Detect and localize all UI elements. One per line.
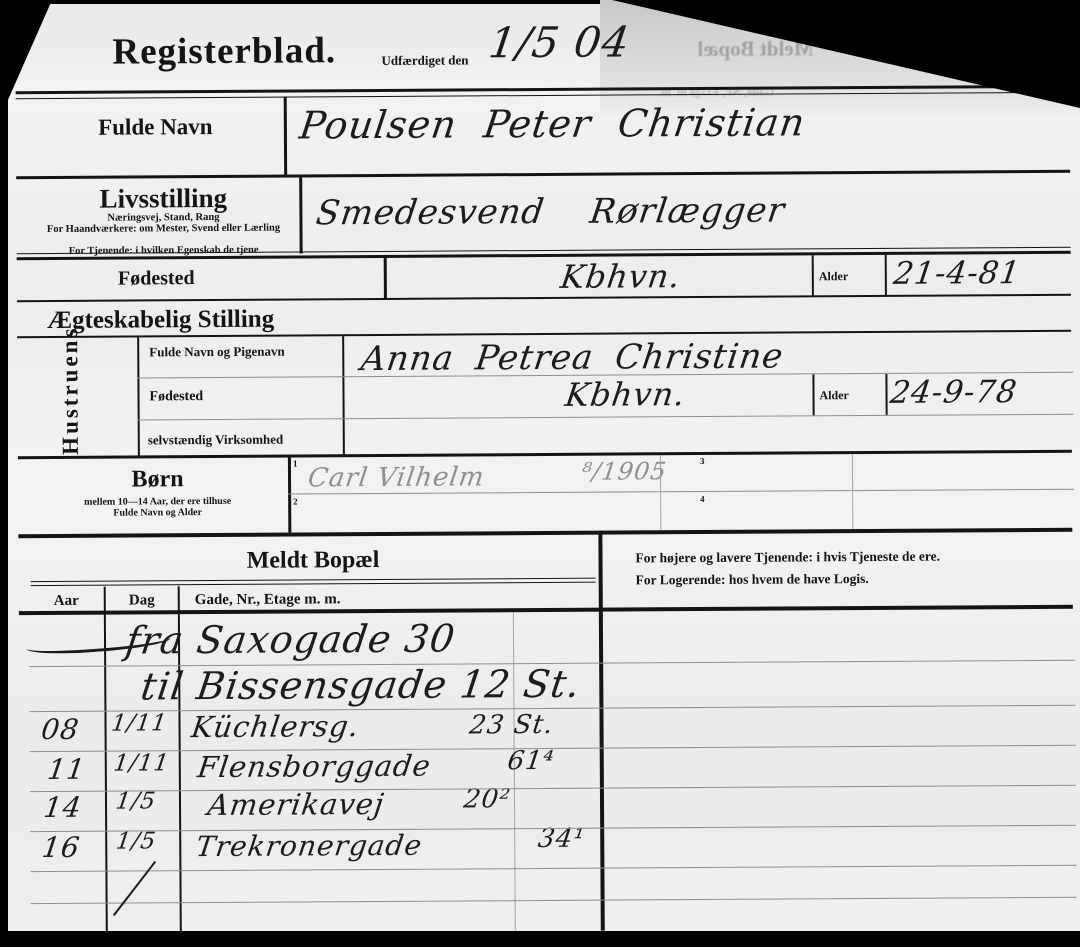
rule [16, 170, 1070, 179]
children-sub2: Fulde Navn og Alder [30, 507, 285, 520]
rule [31, 897, 1077, 904]
occupation-value: Smedesvend Rørlægger [314, 190, 788, 233]
children-marker-4: 4 [700, 494, 705, 504]
birthplace-label: Fødested [29, 267, 284, 292]
residence-section-title: Meldt Bopæl [30, 546, 595, 576]
photo-edge-black-bottom [0, 931, 1080, 947]
pen-stroke [113, 861, 156, 916]
address-row-6-street: Trekronergade [194, 829, 424, 863]
address-row-6-day: 1/5 [114, 828, 158, 854]
child-name: Carl Vilhelm [306, 462, 486, 493]
wife-age-label: Alder [819, 388, 848, 403]
rule [812, 255, 814, 296]
age-value: 21-4-81 [891, 255, 1022, 292]
rule [598, 531, 604, 931]
column-header-day: Dag [107, 592, 177, 609]
wife-age-value: 24-9-78 [888, 374, 1019, 411]
wife-name-label: Fulde Navn og Pigenavn [149, 343, 299, 359]
rule [885, 255, 887, 296]
column-header-street: Gade, Nr., Etage m. m. [195, 591, 341, 609]
rule [30, 785, 1076, 792]
address-row-5-year: 14 [42, 791, 84, 824]
address-row-6-year: 16 [40, 831, 82, 864]
children-marker-3: 3 [700, 456, 705, 466]
address-row-5-day: 1/5 [114, 788, 158, 814]
wife-birthplace-value: Kbhvn. [563, 375, 688, 414]
card-content: Registerblad. Udfærdiget den 1/5 04 Meld… [0, 0, 1080, 947]
children-marker-2: 2 [293, 496, 298, 506]
full-name-label: Fulde Navn [28, 114, 283, 142]
rule [812, 374, 814, 415]
occupation-sub2: For Haandværkere: om Mester, Svend eller… [28, 222, 298, 235]
address-row-3-number: 23 St. [468, 710, 556, 741]
address-row-3-year: 08 [39, 713, 81, 746]
rule [31, 582, 596, 586]
address-row-5-street: Amerikavej [206, 787, 387, 822]
residence-note-2: For Logerende: hos hvem de have Logis. [636, 571, 869, 588]
rule [138, 414, 1074, 421]
scanned-register-card: Registerblad. Udfærdiget den 1/5 04 Meld… [0, 0, 1080, 947]
wife-name-value: Anna Petrea Christine [359, 336, 786, 379]
wife-business-label: selvstændig Virksomhed [148, 432, 284, 449]
issued-date-value: 1/5 04 [486, 17, 633, 67]
rule [30, 865, 1076, 872]
rule [17, 294, 1071, 302]
rule [342, 336, 345, 455]
column-header-year: Aar [29, 593, 104, 610]
rule [288, 458, 291, 533]
address-row-4-number: 61⁴ [506, 746, 557, 776]
address-row-3-day: 1/11 [110, 710, 169, 736]
rule [284, 97, 287, 177]
rule [384, 258, 387, 299]
address-row-4-street: Flensborggade [196, 749, 434, 784]
children-label: Børn [30, 466, 285, 495]
rule [18, 528, 1072, 538]
wife-birthplace-label: Fødested [149, 389, 203, 405]
occupation-label: Livsstilling [28, 182, 298, 215]
card-title: Registerblad. [112, 29, 336, 73]
address-row-4-day: 1/11 [112, 750, 171, 776]
birthplace-value: Kbhvn. [558, 257, 683, 296]
rule [852, 454, 853, 529]
rule [18, 450, 1072, 459]
issued-date-label: Udfærdiget den [381, 52, 468, 69]
rule [137, 337, 140, 456]
address-row-2-street: til Bissensgade 12 St. [138, 662, 583, 709]
address-row-3-street: Küchlersg. [189, 709, 361, 744]
address-row-4-year: 11 [46, 753, 88, 786]
full-name-value: Poulsen Peter Christian [297, 100, 808, 147]
residence-note-1: For højere og lavere Tjenende: i hvis Tj… [635, 549, 940, 567]
address-row-1-street: fra Saxogade 30 [123, 617, 458, 663]
rule [299, 177, 302, 253]
wife-block-label: Hustruens [57, 343, 84, 455]
child-date: ⁸/1905 [580, 457, 669, 486]
age-label: Alder [819, 269, 848, 284]
children-marker-1: 1 [293, 458, 298, 468]
